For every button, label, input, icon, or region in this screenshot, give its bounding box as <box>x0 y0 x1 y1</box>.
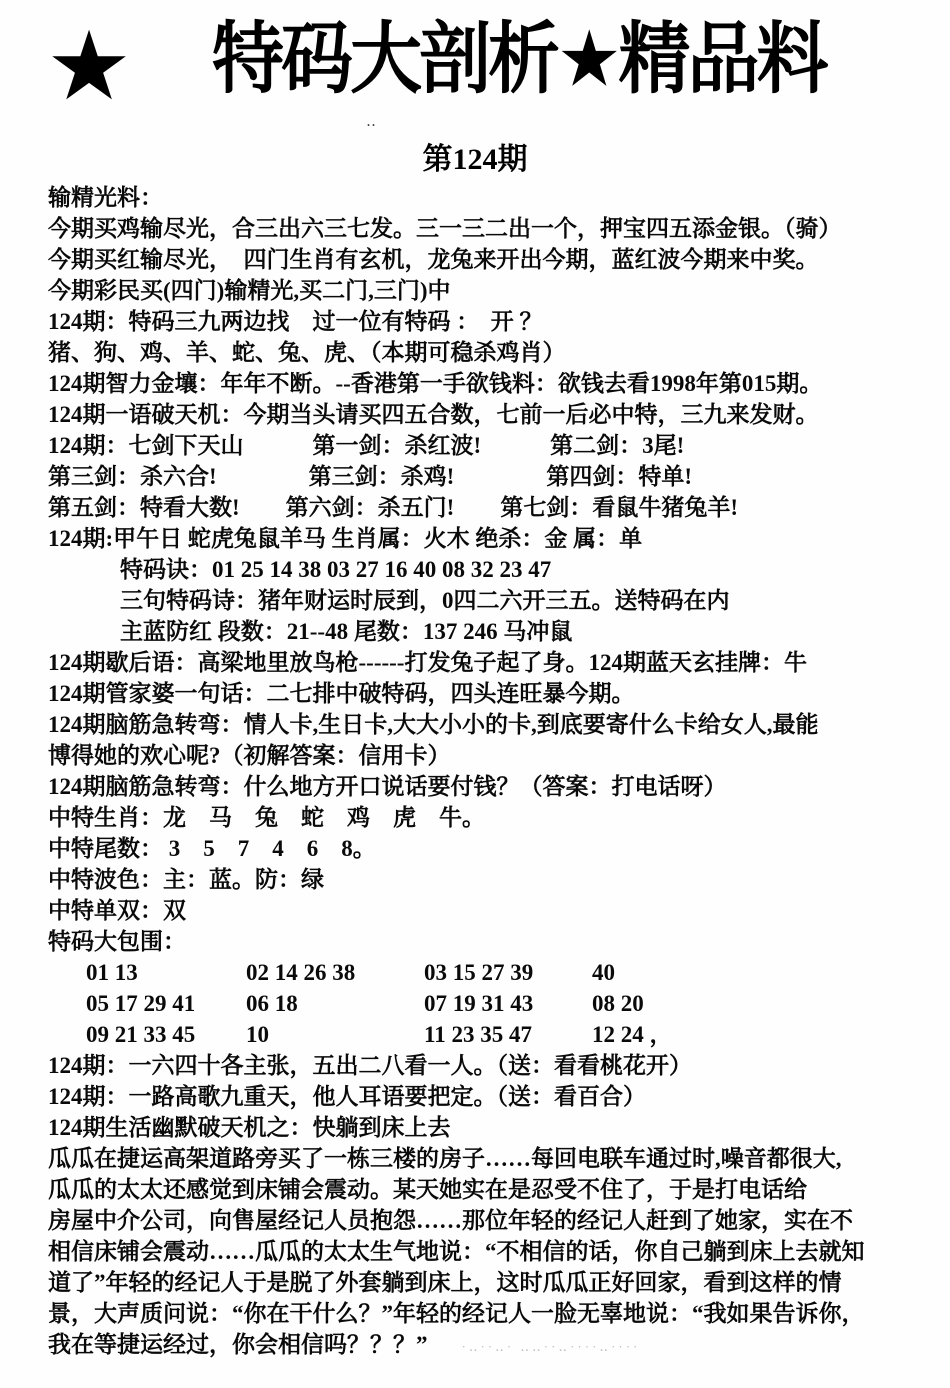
number-cell: 12 24 ， <box>592 1019 916 1050</box>
text-line: 124期:甲午日 蛇虎兔鼠羊马 生肖属：火木 绝杀：金 属：单 <box>48 523 916 554</box>
text-line: 中特生肖：龙 马 兔 蛇 鸡 虎 牛。 <box>48 802 916 833</box>
text-line: 猪、狗、鸡、羊、蛇、兔、虎、（本期可稳杀鸡肖） <box>48 337 916 368</box>
text-line: 124期脑筋急转弯：情人卡,生日卡,大大小小的卡,到底要寄什么卡给女人,最能 <box>48 709 916 740</box>
issue-number: 第124期 <box>0 134 950 178</box>
text-line: 博得她的欢心呢?（初解答案：信用卡） <box>48 740 916 771</box>
text-line: 今期买红输尽光， 四门生肖有玄机，龙兔来开出今期，蓝红波今期来中奖。 <box>48 244 916 275</box>
text-line: 124期歇后语：高梁地里放鸟枪------打发兔子起了身。124期蓝天玄挂牌：牛 <box>48 647 916 678</box>
body-text: 输精光料： 今期买鸡输尽光，合三出六三七发。三一三二出一个，押宝四五添金银。（骑… <box>48 182 916 1362</box>
text-line: 124期：七剑下天山 第一剑：杀红波! 第二剑：3尾! <box>48 430 916 461</box>
text-line: 特码大包围： <box>48 926 916 957</box>
text-line: 第五剑：特看大数! 第六剑：杀五门! 第七剑：看鼠牛猪兔羊! <box>48 492 916 523</box>
star-icon: ★ <box>46 18 132 114</box>
number-cell: 07 19 31 43 <box>424 988 592 1019</box>
number-cell: 40 <box>592 957 916 988</box>
number-cell: 02 14 26 38 <box>246 957 424 988</box>
text-line: 124期：特码三九两边找 过一位有特码 ： 开 ？ <box>48 306 916 337</box>
header: ★ 特码大剖析★精品料 ‥ 第124期 <box>0 0 950 182</box>
title-dots-mark: ‥ <box>366 112 378 131</box>
last-text-line: 我在等捷运经过，你会相信吗？？？”·‥··‥· ‥‥··‥····‥···· <box>48 1329 916 1362</box>
text-line: 124期脑筋急转弯：什么地方开口说话要付钱？（答案：打电话呀） <box>48 771 916 802</box>
faint-watermark: ·‥··‥· ‥‥··‥····‥···· <box>428 1339 641 1354</box>
page-title: 特码大剖析★精品料 <box>212 14 826 106</box>
text-line: 124期一语破天机：今期当头请买四五合数，七前一后必中特，三九来发财。 <box>48 399 916 430</box>
text-line: 特码诀：01 25 14 38 03 27 16 40 08 32 23 47 <box>48 554 916 585</box>
number-cell: 11 23 35 47 <box>424 1019 592 1050</box>
text-line: 相信床铺会震动……瓜瓜的太太生气地说：“不相信的话，你自己躺到床上去就知 <box>48 1236 916 1267</box>
text-line: 今期彩民买(四门)输精光,买二门,三门)中 <box>48 275 916 306</box>
text-line: 中特单双：双 <box>48 895 916 926</box>
text-line: 房屋中介公司，向售屋经记人员抱怨……那位年轻的经记人赶到了她家，实在不 <box>48 1205 916 1236</box>
text-line: 瓜瓜在捷运高架道路旁买了一栋三楼的房子……每回电联车通过时,噪音都很大, <box>48 1143 916 1174</box>
text-line: 124期智力金壤：年年不断。--香港第一手欲钱料：欲钱去看1998年第015期。 <box>48 368 916 399</box>
text-line: 道了”年轻的经记人于是脱了外套躺到床上，这时瓜瓜正好回家，看到这样的情 <box>48 1267 916 1298</box>
number-grid: 01 13 02 14 26 38 03 15 27 39 40 05 17 2… <box>48 957 916 1050</box>
text-line: 瓜瓜的太太还感觉到床铺会震动。某天她实在是忍受不住了，于是打电话给 <box>48 1174 916 1205</box>
number-cell: 06 18 <box>246 988 424 1019</box>
text-line: 124期管家婆一句话：二七排中破特码，四头连旺暴今期。 <box>48 678 916 709</box>
text-line: 124期：一路高歌九重天，他人耳语要把定。（送：看百合） <box>48 1081 916 1112</box>
number-cell: 10 <box>246 1019 424 1050</box>
text-line: 中特波色：主：蓝。防：绿 <box>48 864 916 895</box>
last-line-text: 我在等捷运经过，你会相信吗？？？” <box>48 1332 428 1357</box>
text-line: 今期买鸡输尽光，合三出六三七发。三一三二出一个，押宝四五添金银。（骑） <box>48 213 916 244</box>
text-line: 三句特码诗：猪年财运时辰到，0四二六开三五。送特码在内 <box>48 585 916 616</box>
text-line: 124期：一六四十各主张，五出二八看一人。（送：看看桃花开） <box>48 1050 916 1081</box>
text-line: 中特尾数： 3 5 7 4 6 8。 <box>48 833 916 864</box>
text-line: 景，大声质问说：“你在干什么？”年轻的经记人一脸无辜地说：“我如果告诉你， <box>48 1298 916 1329</box>
number-cell: 05 17 29 41 <box>86 988 246 1019</box>
number-cell: 08 20 <box>592 988 916 1019</box>
flyer-page: ★ 特码大剖析★精品料 ‥ 第124期 输精光料： 今期买鸡输尽光，合三出六三七… <box>0 0 950 1388</box>
number-cell: 01 13 <box>86 957 246 988</box>
text-line: 输精光料： <box>48 182 916 213</box>
number-cell: 09 21 33 45 <box>86 1019 246 1050</box>
text-line: 124期生活幽默破天机之：快躺到床上去 <box>48 1112 916 1143</box>
text-line: 主蓝防红 段数：21--48 尾数：137 246 马冲鼠 <box>48 616 916 647</box>
number-cell: 03 15 27 39 <box>424 957 592 988</box>
text-line: 第三剑：杀六合! 第三剑：杀鸡! 第四剑：特单! <box>48 461 916 492</box>
